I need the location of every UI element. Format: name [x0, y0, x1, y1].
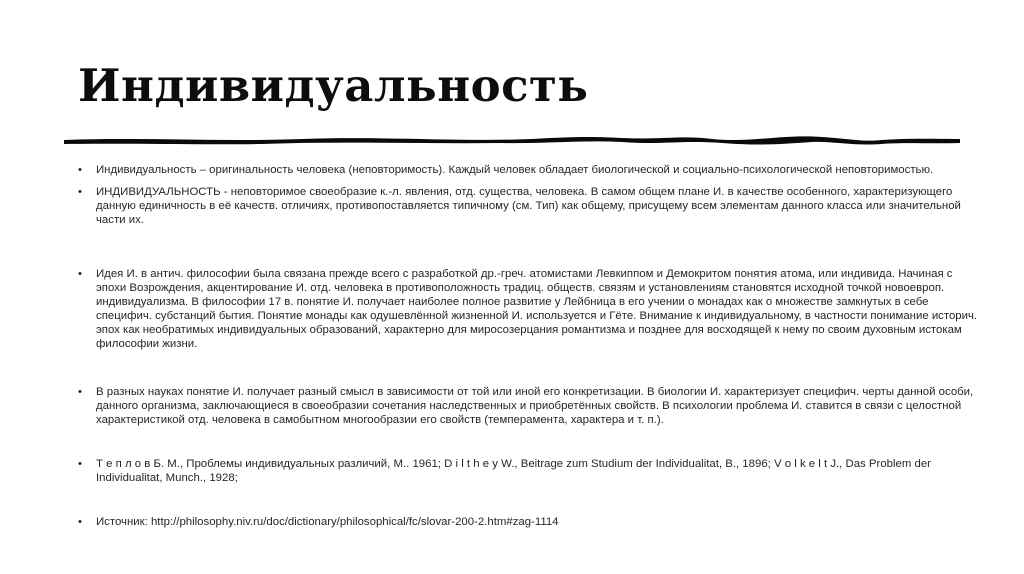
list-item: • Источник: http://philosophy.niv.ru/doc…: [78, 515, 978, 529]
bullet-icon: •: [78, 457, 82, 471]
list-item: • ИНДИВИДУАЛЬНОСТЬ - неповторимое своеоб…: [78, 185, 978, 227]
bullet-icon: •: [78, 185, 82, 199]
slide: Индивидуальность • Индивидуальность – ор…: [0, 0, 1024, 574]
bullet-icon: •: [78, 385, 82, 399]
list-item: • Идея И. в антич. философии была связан…: [78, 267, 978, 351]
bullet-list: • Индивидуальность – оригинальность чело…: [78, 163, 978, 529]
bullet-icon: •: [78, 163, 82, 177]
bullet-icon: •: [78, 515, 82, 529]
source-link-text: Источник: http://philosophy.niv.ru/doc/d…: [96, 515, 978, 529]
slide-title: Индивидуальность: [78, 56, 588, 116]
list-item: • В разных науках понятие И. получает ра…: [78, 385, 978, 427]
list-item: • Индивидуальность – оригинальность чело…: [78, 163, 978, 177]
list-item-text: Идея И. в антич. философии была связана …: [96, 267, 978, 351]
title-underline-divider: [62, 130, 962, 150]
list-item: • Т е п л о в Б. М., Проблемы индивидуал…: [78, 457, 978, 485]
list-item-text: ИНДИВИДУАЛЬНОСТЬ - неповторимое своеобра…: [96, 185, 978, 227]
list-item-text: Т е п л о в Б. М., Проблемы индивидуальн…: [96, 457, 978, 485]
list-item-text: Индивидуальность – оригинальность челове…: [96, 163, 978, 177]
bullet-icon: •: [78, 267, 82, 281]
list-item-text: В разных науках понятие И. получает разн…: [96, 385, 978, 427]
